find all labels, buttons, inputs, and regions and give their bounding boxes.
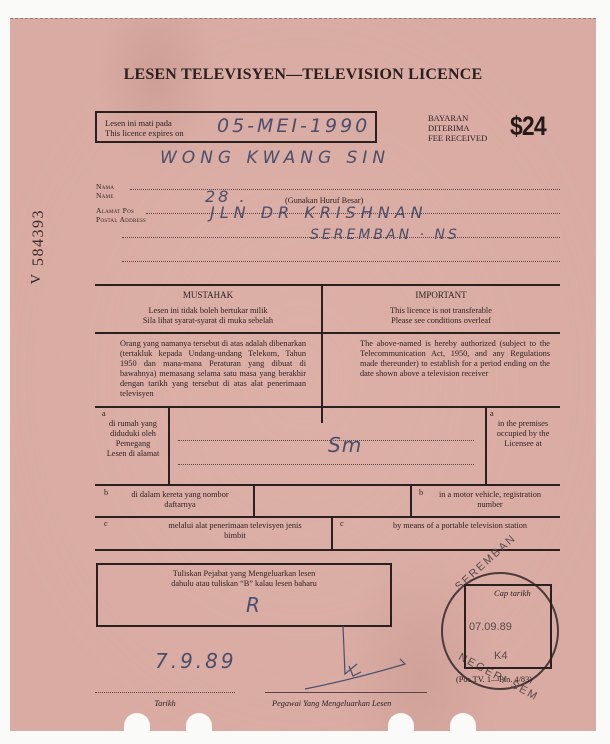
fee-label-line2: DITERIMA	[428, 123, 487, 133]
binder-notch-2	[186, 713, 212, 743]
option-a-top-rule	[95, 406, 560, 408]
officer-signature-line	[265, 692, 427, 693]
licence-paper: LESEN TELEVISYEN—TELEVISION LICENCE 5843…	[10, 18, 596, 731]
option-a-left-divider	[168, 406, 170, 484]
notice-en-heading: IMPORTANT	[322, 290, 560, 300]
serial-prefix: V	[29, 274, 45, 284]
notice-ms-line1: Lesen ini tidak boleh bertukar milik	[95, 306, 321, 316]
binder-notch-3	[388, 713, 414, 743]
option-c-letter-en: c	[340, 519, 344, 529]
issue-date-line	[95, 692, 235, 693]
expiry-box: Lesen ini mati pada This licence expires…	[95, 111, 377, 143]
officer-label: Pegawai Yang Mengeluarkan Lesen	[272, 699, 391, 709]
notice-ms-line2: Sila lihat syarat-syarat di muka sebelah	[95, 316, 321, 326]
notice-top-rule	[95, 284, 560, 286]
office-instruction-line1: Tuliskan Pejabat yang Mengeluarkan lesen	[98, 569, 390, 579]
option-b-registration-field[interactable]	[255, 486, 409, 515]
date-stamp-box: Cap tarikh 07.09.89 K4	[464, 584, 552, 669]
expiry-date-value[interactable]: 05-MEI-1990	[217, 115, 370, 137]
option-c-letter-ms: c	[104, 519, 108, 529]
notice-en-line2: Please see conditions overleaf	[322, 316, 560, 326]
fee-label-line3: FEE RECEIVED	[428, 133, 487, 143]
serial-number: 584393	[30, 156, 54, 266]
date-stamp-label: Cap tarikh	[494, 588, 531, 598]
document-title: LESEN TELEVISYEN—TELEVISION LICENCE	[10, 66, 596, 84]
address-label-ms: Alamat Pos	[96, 206, 146, 215]
option-a-letter-en: a	[490, 409, 494, 419]
option-c-top-rule	[95, 516, 560, 518]
name-value[interactable]: WONG KWANG SIN	[160, 148, 390, 168]
binder-notch-1	[124, 713, 150, 743]
option-b-en: in a motor vehicle, registration number	[435, 490, 545, 510]
issuing-office-box: Tuliskan Pejabat yang Mengeluarkan lesen…	[96, 563, 392, 627]
option-b-letter-en: b	[419, 488, 423, 498]
address-line2-value[interactable]: JLN DR KRISHNAN	[210, 203, 428, 222]
name-label-en: Name	[96, 191, 114, 200]
option-b-letter-ms: b	[104, 488, 108, 498]
issue-date-value[interactable]: 7.9.89	[155, 649, 237, 673]
name-dotted-line	[130, 189, 560, 190]
address-dotted-line-3	[122, 261, 560, 262]
notice-divider	[321, 284, 323, 423]
option-c-ms: melalui alat penerimaan televisyen jenis…	[160, 521, 310, 541]
fee-label: BAYARAN DITERIMA FEE RECEIVED	[428, 113, 487, 143]
name-label: Nama Name	[96, 182, 114, 200]
option-a-dotted-line-2	[178, 464, 474, 465]
option-c-divider	[331, 516, 333, 549]
name-label-ms: Nama	[96, 182, 114, 191]
expiry-label-ms: Lesen ini mati pada	[105, 118, 184, 128]
notice-en-lines: This licence is not transferable Please …	[322, 306, 560, 326]
issue-date-label: Tarikh	[95, 699, 235, 709]
expiry-label-en: This licence expires on	[105, 128, 184, 138]
form-code: (Pos TV. 1—Pin. 4/83)	[456, 675, 532, 685]
binder-notch-4	[450, 713, 476, 743]
notice-en-body: The above-named is hereby authorized (su…	[360, 339, 550, 379]
option-b-ms: di dalam kereta yang nombor daftarnya	[120, 490, 240, 510]
notice-ms-lines: Lesen ini tidak boleh bertukar milik Sil…	[95, 306, 321, 326]
expiry-label: Lesen ini mati pada This licence expires…	[105, 118, 184, 138]
fee-amount: $24	[510, 111, 546, 142]
notice-en-line1: This licence is not transferable	[322, 306, 560, 316]
date-stamp-date: 07.09.89	[469, 621, 512, 633]
option-a-en: in the premises occupied by the Licensee…	[490, 419, 556, 449]
address-line3-value[interactable]: SEREMBAN · NS	[310, 227, 460, 243]
fee-label-line1: BAYARAN	[428, 113, 487, 123]
option-b-right-divider	[410, 484, 412, 516]
office-instruction-line2: dahulu atau tuliskan “B” kalau lesen bah…	[98, 579, 390, 589]
address-label-en: Postal Address	[96, 215, 146, 224]
officer-signature	[265, 624, 415, 694]
notice-mid-rule	[95, 332, 560, 334]
notice-ms-heading: MUSTAHAK	[95, 290, 321, 300]
notice-ms-body: Orang yang namanya tersebut di atas adal…	[120, 339, 306, 399]
address-label: Alamat Pos Postal Address	[96, 206, 146, 224]
option-c-en: by means of a portable television statio…	[390, 521, 530, 531]
date-stamp-code: K4	[494, 650, 507, 662]
option-a-address-value[interactable]: Sm	[328, 433, 362, 457]
office-value[interactable]: R	[246, 593, 263, 617]
option-a-letter-ms: a	[102, 409, 106, 419]
option-a-dotted-line-1	[178, 440, 474, 441]
option-a-right-divider	[485, 406, 487, 484]
option-a-ms: di rumah yang diduduki oleh Pemegang Les…	[105, 419, 161, 459]
office-instruction: Tuliskan Pejabat yang Mengeluarkan lesen…	[98, 569, 390, 589]
